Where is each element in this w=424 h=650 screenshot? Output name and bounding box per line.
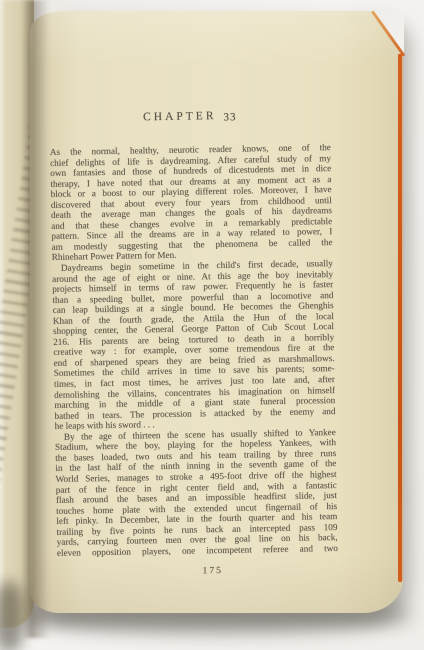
chapter-label: CHAPTER <box>143 110 217 123</box>
spine-shadow <box>0 582 24 650</box>
paragraph: As the normal, healthy, neurotic reader … <box>50 142 333 263</box>
paragraph: Daydreams begin sometime in the child's … <box>52 258 336 432</box>
page-number: 175 <box>72 563 353 579</box>
chapter-heading: CHAPTER33 <box>49 108 330 125</box>
gutter-shadow <box>22 0 50 638</box>
body-text: As the normal, healthy, neurotic reader … <box>50 142 338 558</box>
photo-background: CHAPTER33 As the normal, healthy, neurot… <box>0 0 424 650</box>
fore-edge-stripe <box>398 54 402 582</box>
book-page: CHAPTER33 As the normal, healthy, neurot… <box>30 11 403 613</box>
paragraph: By the age of thirteen the scene has usu… <box>55 427 338 558</box>
chapter-number: 33 <box>223 111 236 123</box>
page-content: CHAPTER33 As the normal, healthy, neurot… <box>24 8 407 616</box>
